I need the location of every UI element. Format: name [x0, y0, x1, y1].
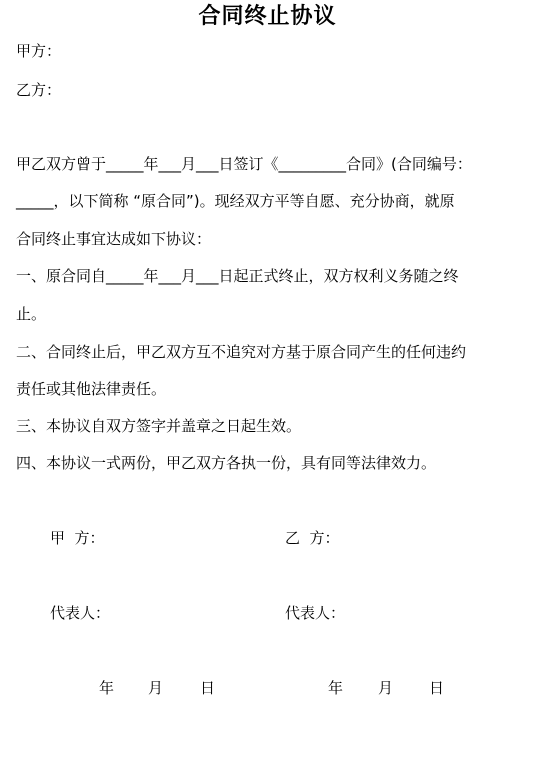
document-title: 合同终止协议: [0, 2, 535, 30]
intro-line-3: 合同终止事宜达成如下协议：: [16, 229, 211, 249]
signature-party-b-label: 乙 方：: [285, 528, 340, 548]
party-b-date-month: 月: [378, 678, 393, 698]
clause-2-line-1: 二、合同终止后，甲乙双方互不追究对方基于原合同产生的任何违约: [16, 342, 466, 362]
clause-1-line-2: 止。: [16, 304, 46, 324]
party-b-label: 乙方：: [16, 80, 61, 100]
party-a-date-year: 年: [99, 678, 114, 698]
party-a-label: 甲方：: [16, 41, 61, 61]
signature-party-a-representative: 代表人：: [50, 603, 110, 623]
intro-line-2: _____，以下简称 “原合同”)。现经双方平等自愿、充分协商，就原: [16, 191, 455, 211]
intro-line-1: 甲乙双方曾于_____年___月___日签订《_________合同》(合同编号…: [16, 154, 472, 174]
clause-1-line-1: 一、原合同自_____年___月___日起正式终止，双方权利义务随之终: [16, 266, 459, 286]
clause-4: 四、本协议一式两份，甲乙双方各执一份，具有同等法律效力。: [16, 453, 436, 473]
clause-2-line-2: 责任或其他法律责任。: [16, 379, 166, 399]
party-a-date-day: 日: [200, 678, 215, 698]
signature-party-b-representative: 代表人：: [285, 603, 345, 623]
party-b-date-year: 年: [328, 678, 343, 698]
party-b-date-day: 日: [429, 678, 444, 698]
party-a-date-month: 月: [148, 678, 163, 698]
clause-3: 三、本协议自双方签字并盖章之日起生效。: [16, 416, 301, 436]
signature-party-a-label: 甲 方：: [50, 528, 105, 548]
